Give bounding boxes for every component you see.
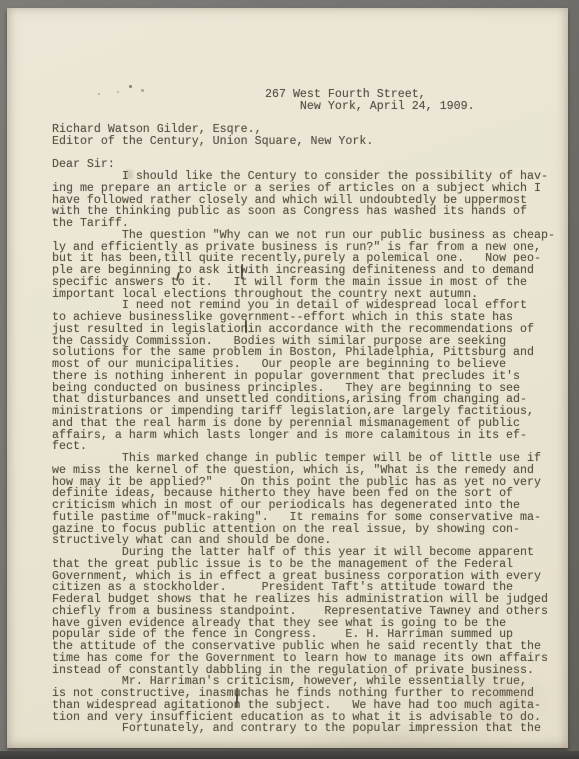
ink-fleck: [117, 91, 119, 93]
ink-fleck: [141, 89, 144, 92]
pencil-caret-mark: [236, 688, 238, 708]
ink-fleck: [98, 93, 100, 95]
scan-edge-bar: [0, 751, 579, 759]
sender-address: 267 West Fourth Street, New York, April …: [265, 89, 475, 113]
letter-body: I should like the Century to consider th…: [52, 171, 555, 735]
ink-fleck: [129, 85, 132, 88]
pencil-caret-mark: [241, 264, 243, 279]
salutation: Dear Sir:: [52, 159, 115, 171]
ink-smudge: [126, 170, 133, 179]
scanned-letter-scene: { "letter": { "sender_address_lines": [ …: [0, 0, 579, 759]
recipient-address: Richard Watson Gilder, Esqre., Editor of…: [52, 124, 373, 148]
pencil-caret-mark: [245, 320, 247, 333]
paper-stain: [287, 723, 507, 753]
letter-page: 267 West Fourth Street, New York, April …: [7, 8, 568, 748]
